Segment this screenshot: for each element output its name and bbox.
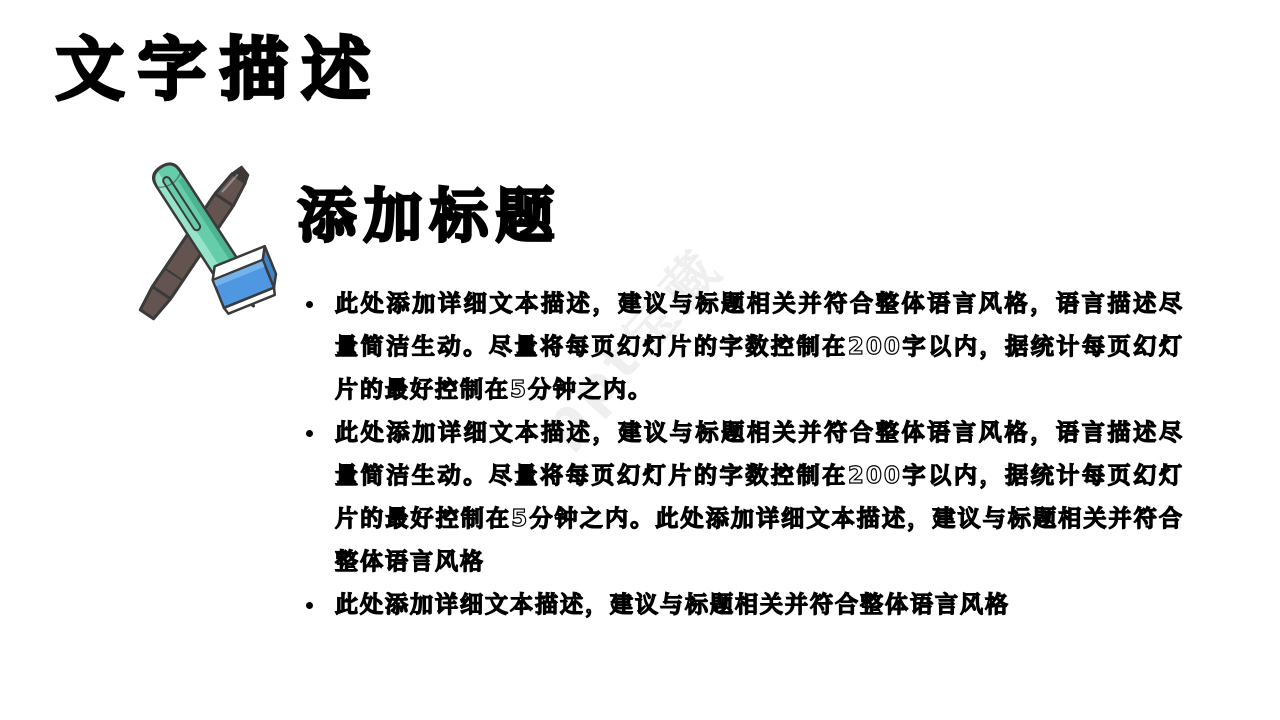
pen-pencil-eraser-illustration: [95, 140, 295, 330]
list-item: 此处添加详细文本描述，建议与标题相关并符合整体语言风格: [306, 584, 1184, 627]
slide: 文字描述 添加标题: [0, 0, 1280, 720]
bullet-dot: [306, 602, 313, 609]
bullet-list: 此处添加详细文本描述，建议与标题相关并符合整体语言风格，语言描述尽量简洁生动。尽…: [306, 283, 1184, 627]
bullet-text: 此处添加详细文本描述，建议与标题相关并符合整体语言风格，语言描述尽量简洁生动。尽…: [335, 412, 1184, 584]
bullet-dot: [306, 301, 313, 308]
section-title: 添加标题: [298, 182, 562, 252]
slide-title: 文字描述: [56, 30, 384, 112]
bullet-text: 此处添加详细文本描述，建议与标题相关并符合整体语言风格，语言描述尽量简洁生动。尽…: [335, 283, 1184, 412]
list-item: 此处添加详细文本描述，建议与标题相关并符合整体语言风格，语言描述尽量简洁生动。尽…: [306, 283, 1184, 412]
bullet-text: 此处添加详细文本描述，建议与标题相关并符合整体语言风格: [335, 584, 1184, 627]
bullet-dot: [306, 430, 313, 437]
list-item: 此处添加详细文本描述，建议与标题相关并符合整体语言风格，语言描述尽量简洁生动。尽…: [306, 412, 1184, 584]
